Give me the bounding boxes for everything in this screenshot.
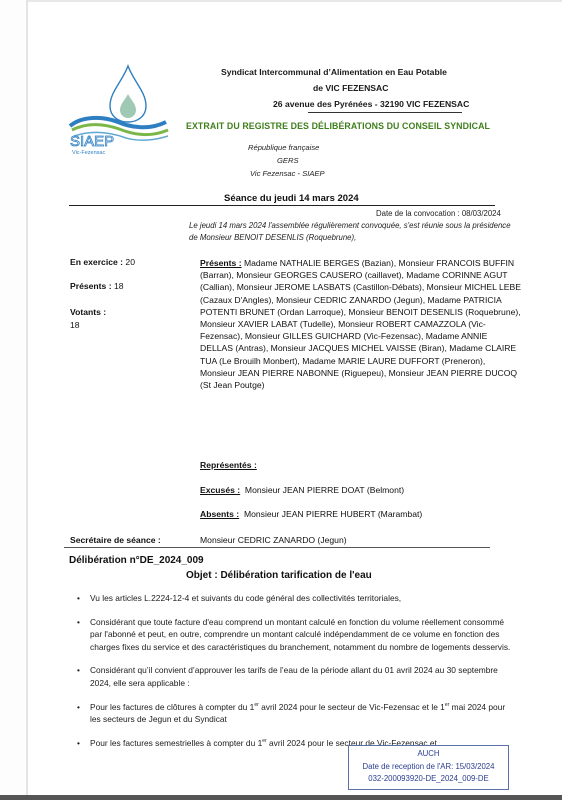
bullet-icon: • <box>77 664 80 677</box>
bullet-icon: • <box>77 737 80 750</box>
votants-label: Votants : <box>70 307 106 317</box>
org-city: de VIC FEZENSAC <box>313 83 388 93</box>
exercice-value: 20 <box>125 257 135 267</box>
seance-intro: Le jeudi 14 mars 2024 l'assemblée réguli… <box>189 220 519 244</box>
stamp-city: AUCH <box>349 748 508 761</box>
count-votants-value: 18 <box>70 320 80 330</box>
presents-text: Madame NATHALIE BERGES (Bazian), Monsieu… <box>200 258 521 390</box>
excuses-label: Excusés : <box>200 485 240 495</box>
bullet-item: •Vu les articles L.2224-12-4 et suivants… <box>74 592 514 605</box>
bullet-text: Considérant qu’il convient d’approuver l… <box>90 665 498 688</box>
bullet-text: Pour les factures de clôtures à compter … <box>90 702 254 712</box>
bullet-icon: • <box>77 701 80 714</box>
logo-name: SIAEP <box>70 133 114 150</box>
secretaire-value: Monsieur CEDRIC ZANARDO (Jegun) <box>200 535 347 545</box>
bullet-item: •Pour les factures de clôtures à compter… <box>74 701 514 726</box>
presents-count-value: 18 <box>114 281 124 291</box>
excuses-text: Monsieur JEAN PIERRE DOAT (Belmont) <box>245 485 404 495</box>
bullet-text: Pour les factures semestrielles à compte… <box>90 738 262 748</box>
absents-label: Absents : <box>200 509 239 519</box>
bullet-text: Vu les articles L.2224-12-4 et suivants … <box>90 593 401 603</box>
republique-line: République française <box>248 143 319 152</box>
bullet-icon: • <box>77 592 80 605</box>
reception-stamp: AUCH Date de reception de l'AR: 15/03/20… <box>348 745 509 790</box>
presents-list: Présents : Madame NATHALIE BERGES (Bazia… <box>200 257 522 391</box>
count-presents: Présents : 18 <box>70 281 124 291</box>
page-top-edge <box>0 0 562 2</box>
stamp-reception-date: Date de reception de l'AR: 15/03/2024 <box>349 761 508 774</box>
representes-section: Représentés : <box>200 460 257 470</box>
department-line: GERS <box>277 156 299 165</box>
page-left-margin <box>0 0 28 800</box>
org-name: Syndicat Intercommunal d’Alimentation en… <box>221 67 447 77</box>
org-address: 26 avenue des Pyrénées - 32190 VIC FEZEN… <box>273 99 469 109</box>
convocation-date: Date de la convocation : 08/03/2024 <box>376 209 501 218</box>
presents-count-label: Présents : <box>70 281 112 291</box>
count-exercice: En exercice : 20 <box>70 257 135 267</box>
presents-label: Présents : <box>200 258 242 268</box>
siaep-logo: SIAEP Vic-Fezensac <box>62 60 172 156</box>
bullet-item: •Considérant que toute facture d'eau com… <box>74 616 514 654</box>
bullet-icon: • <box>77 616 80 629</box>
bullet-text: avril 2024 pour le secteur de Vic-Fezens… <box>259 702 445 712</box>
secretaire-label: Secrétaire de séance : <box>70 535 161 545</box>
exercice-label: En exercice : <box>70 257 123 267</box>
seance-title: Séance du jeudi 14 mars 2024 <box>224 193 359 204</box>
bullet-item: •Considérant qu’il convient d’approuver … <box>74 664 514 689</box>
absents-text: Monsieur JEAN PIERRE HUBERT (Marambat) <box>244 509 422 519</box>
secretaire-divider <box>64 547 490 548</box>
seance-divider <box>69 205 495 206</box>
deliberation-objet: Objet : Délibération tarification de l'e… <box>186 570 372 581</box>
page-bottom-edge <box>0 795 562 800</box>
commune-line: Vic Fezensac - SIAEP <box>250 169 325 178</box>
deliberation-number: Délibération n°DE_2024_009 <box>69 555 204 566</box>
water-drop-wave-logo-icon: SIAEP Vic-Fezensac <box>62 60 172 156</box>
header-divider <box>308 112 462 113</box>
bullet-text: Considérant que toute facture d'eau comp… <box>90 617 510 652</box>
representes-label: Représentés : <box>200 460 257 470</box>
absents-section: Absents : Monsieur JEAN PIERRE HUBERT (M… <box>200 509 422 519</box>
extrait-title: EXTRAIT DU REGISTRE DES DÉLIBÉRATIONS DU… <box>186 121 490 131</box>
deliberation-bullets: •Vu les articles L.2224-12-4 et suivants… <box>74 592 514 760</box>
count-votants-label: Votants : <box>70 307 106 317</box>
stamp-reference: 032-200093920-DE_2024_009-DE <box>349 773 508 786</box>
excuses-section: Excusés : Monsieur JEAN PIERRE DOAT (Bel… <box>200 485 404 495</box>
logo-subtitle: Vic-Fezensac <box>72 150 105 156</box>
